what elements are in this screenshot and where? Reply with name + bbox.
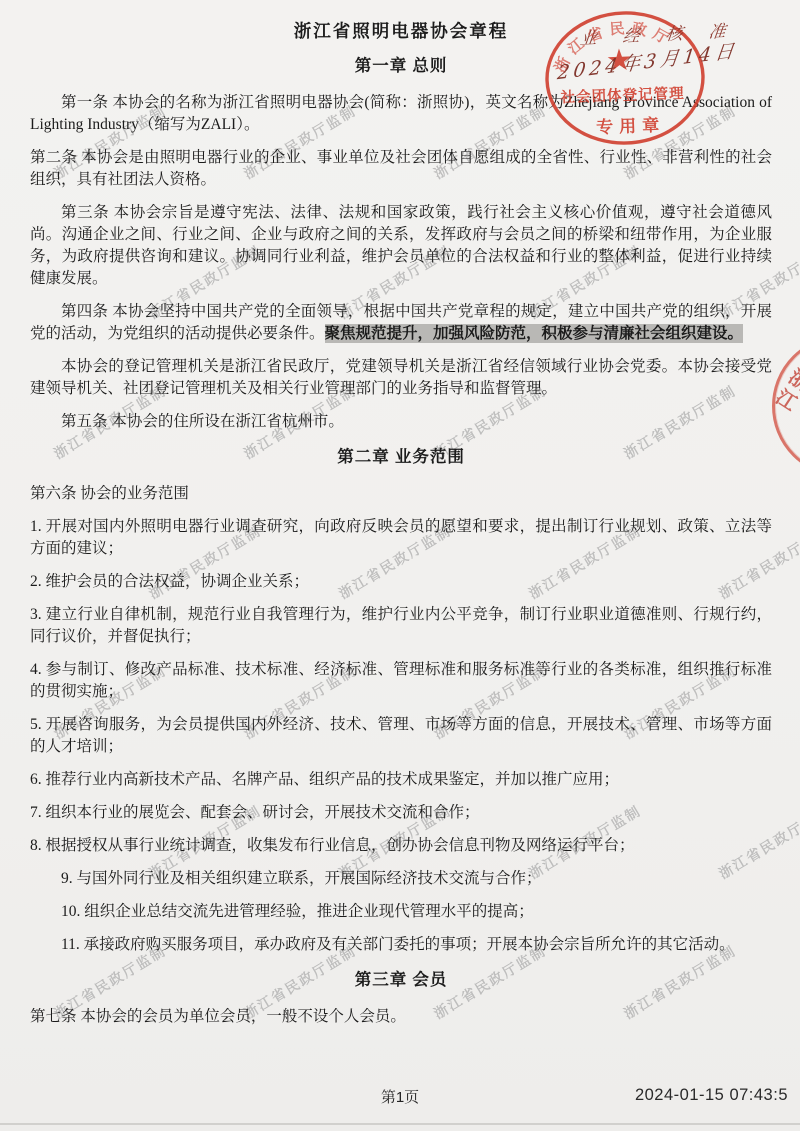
- paragraph: 11. 承接政府购买服务项目，承办政府及有关部门委托的事项；开展本协会宗旨所允许…: [30, 934, 772, 956]
- paragraph: 2. 维护会员的合法权益，协调企业关系；: [30, 571, 772, 593]
- scan-edge-line: [0, 1123, 800, 1125]
- paragraph: 9. 与国外同行业及相关组织建立联系，开展国际经济技术交流与合作；: [30, 868, 772, 890]
- paragraph: 4. 参与制订、修改产品标准、技术标准、经济标准、管理标准和服务标准等行业的各类…: [30, 659, 772, 703]
- paragraph: 6. 推荐行业内高新技术产品、名牌产品、组织产品的技术成果鉴定，并加以推广应用；: [30, 769, 772, 791]
- paragraph: 第三条 本协会宗旨是遵守宪法、法律、法规和国家政策，践行社会主义核心价值观，遵守…: [30, 202, 772, 290]
- seal-line1: 社会团体登记管理: [559, 84, 685, 106]
- paragraph: 3. 建立行业自律机制，规范行业自我管理行为，维护行业内公平竞争，制订行业职业道…: [30, 604, 772, 648]
- scanned-document-page: { "page": { "watermark_text": "浙江省民政厅监制"…: [0, 0, 800, 1131]
- paragraph: 第五条 本协会的住所设在浙江省杭州市。: [30, 411, 772, 433]
- document-body: 浙江省照明电器协会章程 第一章 总则第一条 本协会的名称为浙江省照明电器协会(简…: [30, 16, 772, 1039]
- seal-line2: 专用章: [596, 115, 666, 137]
- paragraph: 第四条 本协会坚持中国共产党的全面领导，根据中国共产党章程的规定，建立中国共产党…: [30, 301, 772, 345]
- paragraph: 本协会的登记管理机关是浙江省民政厅，党建领导机关是浙江省经信领域行业协会党委。本…: [30, 356, 772, 400]
- chapter-heading: 第二章 业务范围: [30, 446, 772, 468]
- highlighted-text: 聚焦规范提升，加强风险防范，积极参与清廉社会组织建设。: [325, 324, 744, 343]
- paragraph: 第七条 本协会的会员为单位会员，一般不设个人会员。: [30, 1006, 772, 1028]
- chapter-heading: 第三章 会员: [30, 969, 772, 991]
- paragraph: 1. 开展对国内外照明电器行业调查研究，向政府反映会员的愿望和要求，提出制订行业…: [30, 516, 772, 560]
- paragraph: 第六条 协会的业务范围: [30, 483, 772, 505]
- paragraph: 5. 开展咨询服务，为会员提供国内外经济、技术、管理、市场等方面的信息，开展技术…: [30, 714, 772, 758]
- paragraph: 8. 根据授权从事行业统计调查，收集发布行业信息，创办协会信息刊物及网络运行平台…: [30, 835, 772, 857]
- paragraph: 7. 组织本行业的展览会、配套会、研讨会，开展技术交流和合作；: [30, 802, 772, 824]
- paragraph: 10. 组织企业总结交流先进管理经验，推进企业现代管理水平的提高；: [30, 901, 772, 923]
- scan-timestamp: 2024-01-15 07:43:5: [635, 1086, 788, 1105]
